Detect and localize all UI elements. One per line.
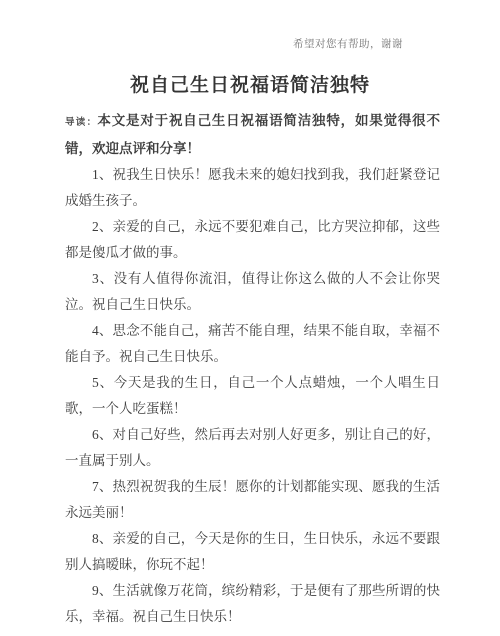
paragraph: 6、对自己好些，然后再去对别人好更多，别让自己的好，一直属于别人。 (65, 422, 440, 474)
paragraph: 2、亲爱的自己，永远不要犯难自己，比方哭泣抑郁，这些都是傻瓜才做的事。 (65, 214, 440, 266)
paragraph: 1、祝我生日快乐！愿我未来的媳妇找到我，我们赶紧登记成婚生孩子。 (65, 162, 440, 214)
intro-label: 导读： (65, 118, 97, 128)
document-body: 导读：本文是对于祝自己生日祝福语简洁独特，如果觉得很不错，欢迎点评和分享！ 1、… (65, 108, 440, 630)
paragraph: 9、生活就像万花筒，缤纷精彩，于是便有了那些所谓的快乐，幸福。祝自己生日快乐！ (65, 578, 440, 630)
intro-text: 本文是对于祝自己生日祝福语简洁独特，如果觉得很不错，欢迎点评和分享！ (65, 113, 440, 156)
header-note: 希望对您有帮助，谢谢 (293, 36, 403, 51)
paragraph: 7、热烈祝贺我的生辰！愿你的计划都能实现、愿我的生活永远美丽！ (65, 474, 440, 526)
document-page: 希望对您有帮助，谢谢 祝自己生日祝福语简洁独特 导读：本文是对于祝自己生日祝福语… (0, 0, 500, 636)
page-title: 祝自己生日祝福语简洁独特 (0, 70, 500, 97)
paragraph: 5、今天是我的生日，自己一个人点蜡烛，一个人唱生日歌，一个人吃蛋糕！ (65, 370, 440, 422)
intro-paragraph: 导读：本文是对于祝自己生日祝福语简洁独特，如果觉得很不错，欢迎点评和分享！ (65, 108, 440, 162)
paragraph: 3、没有人值得你流泪，值得让你这么做的人不会让你哭泣。祝自己生日快乐。 (65, 266, 440, 318)
paragraph: 8、亲爱的自己，今天是你的生日，生日快乐，永远不要跟别人搞暧昧，你玩不起！ (65, 526, 440, 578)
paragraph: 4、思念不能自己，痛苦不能自理，结果不能自取，幸福不能自予。祝自己生日快乐。 (65, 318, 440, 370)
